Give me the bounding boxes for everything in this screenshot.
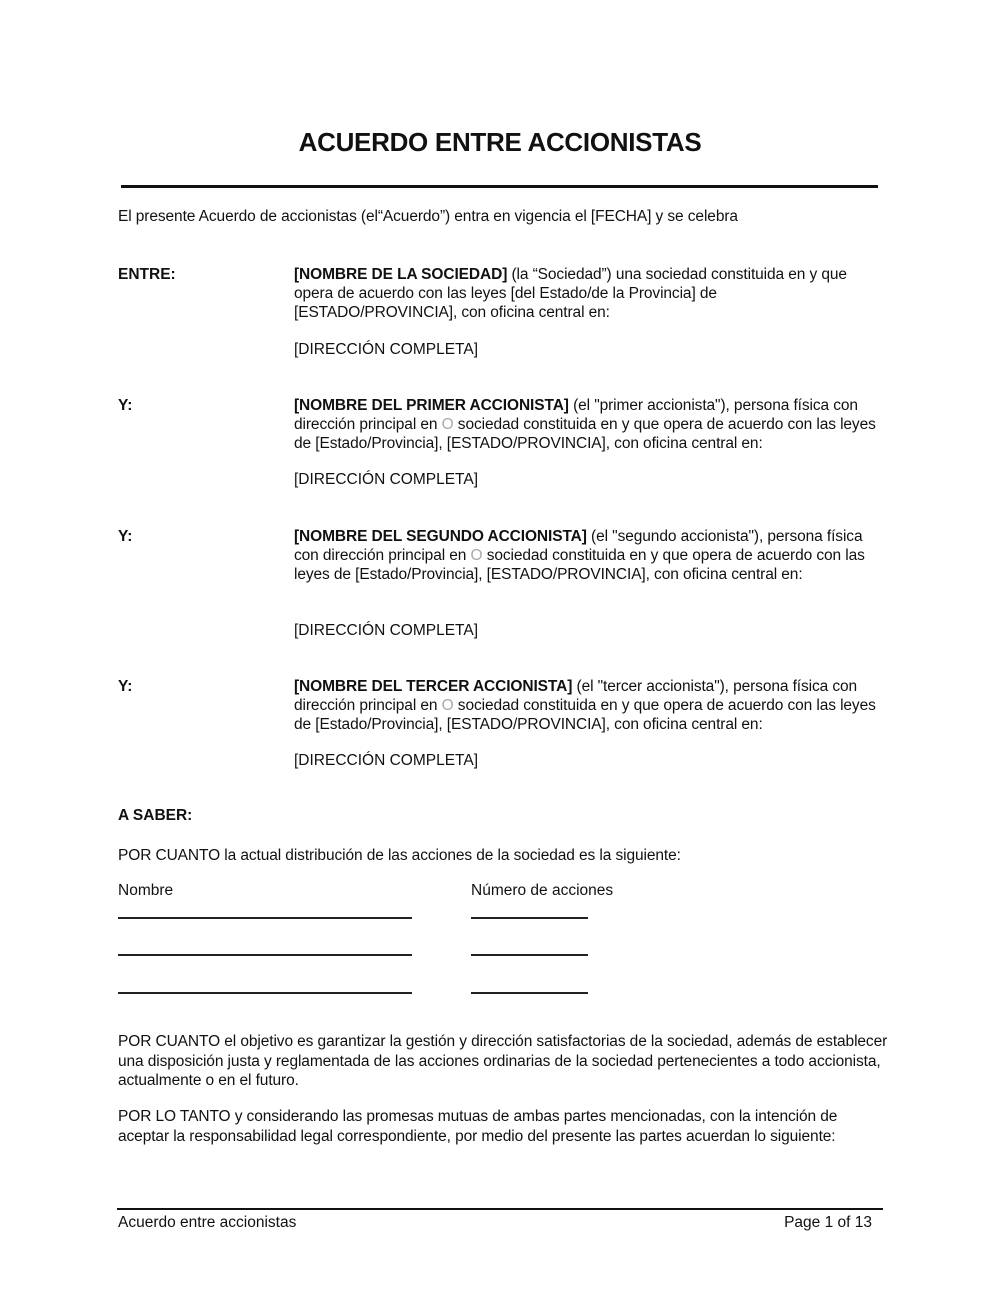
distribution-intro: POR CUANTO la actual distribución de las… <box>118 846 681 865</box>
party-label-company: ENTRE: <box>118 265 176 284</box>
party-label-first-shareholder: Y: <box>118 396 132 415</box>
blank-shares-line-1[interactable] <box>471 917 588 919</box>
party-address-company: [DIRECCIÓN COMPLETA] <box>294 340 478 359</box>
footer-divider <box>117 1208 883 1210</box>
party-address-third-shareholder: [DIRECCIÓN COMPLETA] <box>294 751 478 770</box>
blank-shares-line-2[interactable] <box>471 954 588 956</box>
column-header-shares: Número de acciones <box>471 882 613 900</box>
party-description-second-shareholder: [NOMBRE DEL SEGUNDO ACCIONISTA] (el "seg… <box>294 527 886 584</box>
column-header-name: Nombre <box>118 882 173 900</box>
blank-name-line-2[interactable] <box>118 954 412 956</box>
blank-name-line-1[interactable] <box>118 917 412 919</box>
party-name: [NOMBRE DE LA SOCIEDAD] <box>294 266 507 283</box>
document-title: ACUERDO ENTRE ACCIONISTAS <box>0 127 1000 158</box>
whereas-objective-paragraph: POR CUANTO el objetivo es garantizar la … <box>118 1032 888 1091</box>
party-name: [NOMBRE DEL PRIMER ACCIONISTA] <box>294 397 569 414</box>
therefore-paragraph: POR LO TANTO y considerando las promesas… <box>118 1107 888 1146</box>
title-divider <box>121 185 878 188</box>
address-placeholder-field[interactable]: O <box>471 547 483 564</box>
document-page: ACUERDO ENTRE ACCIONISTAS El presente Ac… <box>0 0 1000 1290</box>
party-label-second-shareholder: Y: <box>118 527 132 546</box>
party-name: [NOMBRE DEL SEGUNDO ACCIONISTA] <box>294 528 587 545</box>
party-description-third-shareholder: [NOMBRE DEL TERCER ACCIONISTA] (el "terc… <box>294 677 886 734</box>
party-name: [NOMBRE DEL TERCER ACCIONISTA] <box>294 678 572 695</box>
section-heading-a-saber: A SABER: <box>118 807 192 825</box>
address-placeholder-field[interactable]: O <box>442 416 454 433</box>
footer-page-number: Page 1 of 13 <box>784 1214 872 1232</box>
intro-paragraph: El presente Acuerdo de accionistas (el“A… <box>118 207 738 226</box>
party-address-first-shareholder: [DIRECCIÓN COMPLETA] <box>294 470 478 489</box>
footer-document-name: Acuerdo entre accionistas <box>118 1214 296 1232</box>
party-address-second-shareholder: [DIRECCIÓN COMPLETA] <box>294 621 478 640</box>
address-placeholder-field[interactable]: O <box>442 697 454 714</box>
party-label-third-shareholder: Y: <box>118 677 132 696</box>
blank-name-line-3[interactable] <box>118 992 412 994</box>
party-description-company: [NOMBRE DE LA SOCIEDAD] (la “Sociedad”) … <box>294 265 864 322</box>
blank-shares-line-3[interactable] <box>471 992 588 994</box>
party-description-first-shareholder: [NOMBRE DEL PRIMER ACCIONISTA] (el "prim… <box>294 396 886 453</box>
